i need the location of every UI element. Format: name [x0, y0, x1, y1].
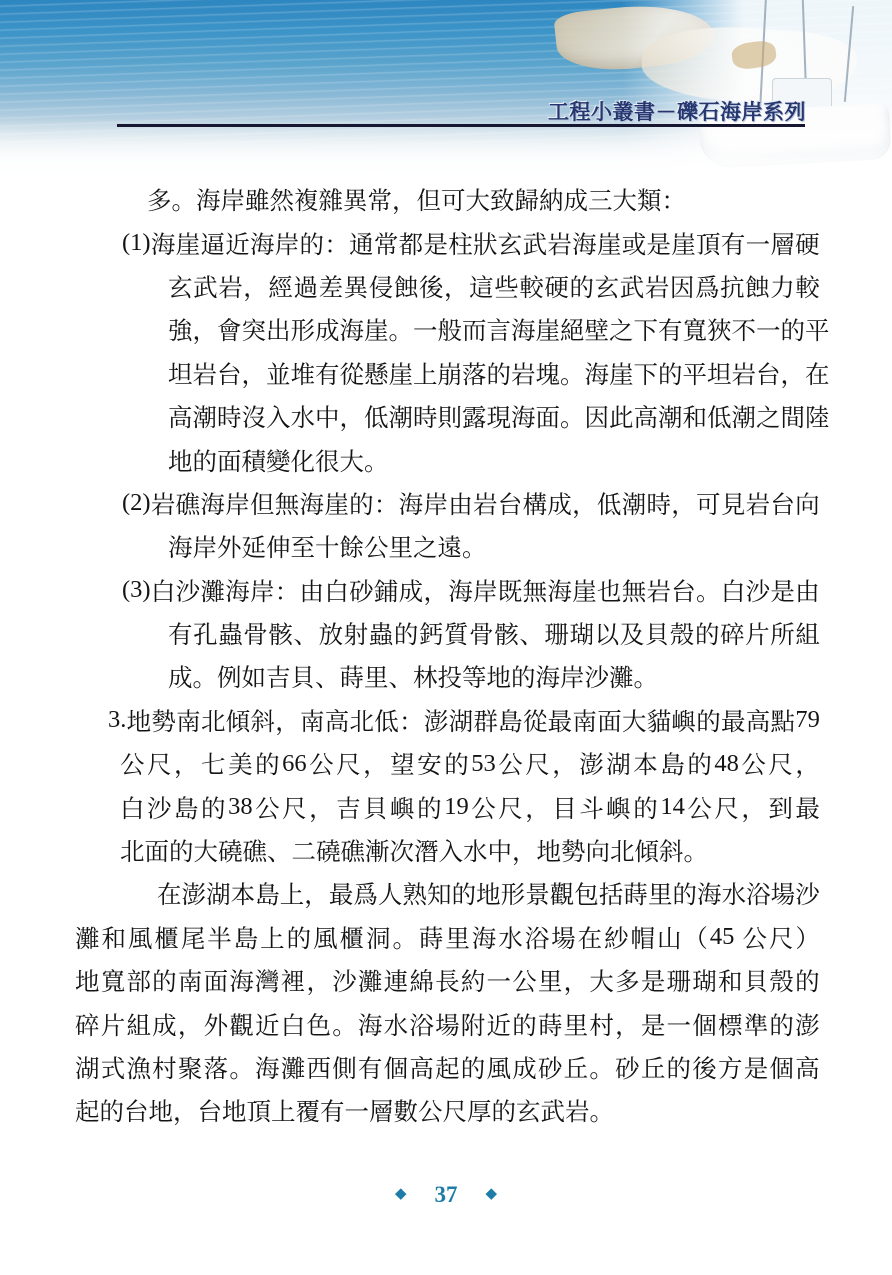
text-line: 碎片組成，外觀近白色。海水浴場附近的蒔里村，是一個標準的澎 — [75, 1002, 820, 1045]
header-rule — [117, 124, 805, 127]
text-line: 坦岩台，並堆有從懸崖上崩落的岩塊。海崖下的平坦岩台，在 — [168, 352, 820, 395]
diamond-icon: ◆ — [486, 1187, 498, 1202]
text-line: 公尺，七美的66公尺，望安的53公尺，澎湖本島的48公尺， — [120, 742, 820, 785]
text-line: 成。例如吉貝、蒔里、林投等地的海岸沙灘。 — [168, 655, 820, 698]
text-line: 強，會突出形成海崖。一般而言海崖絕壁之下有寬狹不一的平 — [168, 308, 820, 351]
series-title: 工程小叢書－礫石海岸系列 — [548, 96, 806, 126]
boat-mast — [844, 6, 854, 102]
text-line: 多。海岸雖然複雜異常，但可大致歸納成三大類： — [147, 178, 820, 221]
text-line: 白沙島的38公尺，吉貝嶼的19公尺，目斗嶼的14公尺，到最 — [120, 785, 820, 828]
text-line: 起的台地，台地頂上覆有一層數公尺厚的玄武岩。 — [75, 1089, 820, 1132]
text-line: 3.地勢南北傾斜，南高北低：澎湖群島從最南面大貓嶼的最高點79 — [108, 699, 820, 742]
text-line: 湖式漁村聚落。海灘西側有個高起的風成砂丘。砂丘的後方是個高 — [75, 1046, 820, 1089]
header-photo: 工程小叢書－礫石海岸系列 — [0, 0, 892, 190]
text-line: 玄武岩，經過差異侵蝕後，這些較硬的玄武岩因爲抗蝕力較 — [168, 265, 820, 308]
page-number: 37 — [435, 1183, 458, 1206]
boat-gear — [730, 39, 777, 71]
text-line: (1)海崖逼近海岸的：通常都是柱狀玄武岩海崖或是崖頂有一層硬 — [122, 221, 820, 264]
text-line: 地寬部的南面海灣裡，沙灘連綿長約一公里，大多是珊瑚和貝殼的 — [75, 959, 820, 1002]
page-footer: ◆ 37 ◆ — [0, 1176, 892, 1212]
diamond-icon: ◆ — [395, 1187, 407, 1202]
text-line: 灘和風櫃尾半島上的風櫃洞。蒔里海水浴場在紗帽山（45 公尺） — [75, 916, 820, 959]
text-line: (3)白沙灘海岸：由白砂鋪成，海岸既無海崖也無岩台。白沙是由 — [122, 569, 820, 612]
text-line: 海岸外延伸至十餘公里之遠。 — [168, 525, 820, 568]
text-line: 在澎湖本島上，最爲人熟知的地形景觀包括蒔里的海水浴場沙 — [157, 872, 820, 915]
text-line: (2)岩礁海岸但無海崖的：海岸由岩台構成，低潮時，可見岩台向 — [122, 482, 820, 525]
page-body: 多。海岸雖然複雜異常，但可大致歸納成三大類：(1)海崖逼近海岸的：通常都是柱狀玄… — [75, 178, 820, 1133]
text-line: 北面的大磽礁、二磽礁漸次潛入水中，地勢向北傾斜。 — [120, 829, 820, 872]
document-page: 工程小叢書－礫石海岸系列 多。海岸雖然複雜異常，但可大致歸納成三大類：(1)海崖… — [0, 0, 892, 1275]
text-line: 地的面積變化很大。 — [168, 438, 820, 481]
text-line: 有孔蟲骨骸、放射蟲的鈣質骨骸、珊瑚以及貝殼的碎片所組 — [168, 612, 820, 655]
text-line: 高潮時沒入水中，低潮時則露現海面。因此高潮和低潮之間陸 — [168, 395, 820, 438]
